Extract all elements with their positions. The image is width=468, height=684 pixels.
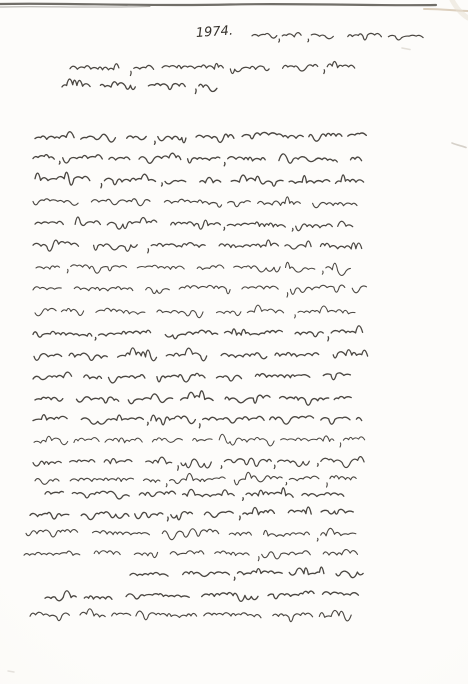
handwritten-line — [35, 472, 356, 489]
handwritten-line — [36, 261, 350, 276]
handwritten-line — [35, 129, 366, 146]
handwritten-line — [30, 609, 351, 622]
handwritten-line — [30, 506, 353, 522]
date-year-text: 1974. — [195, 23, 233, 41]
top-edge-dark-line — [0, 4, 436, 6]
handwritten-line — [33, 195, 357, 209]
paper-smudge-2 — [8, 671, 14, 672]
handwritten-line — [34, 347, 368, 362]
handwritten-line — [252, 32, 423, 43]
handwritten-line — [33, 414, 362, 429]
handwritten-line — [70, 61, 355, 75]
top-right-fold-shadow — [452, 0, 468, 18]
handwriting-layer: 1974. — [0, 0, 468, 684]
handwritten-line — [45, 486, 344, 501]
handwritten-line — [33, 285, 367, 298]
handwritten-line — [35, 172, 364, 191]
handwritten-line — [33, 326, 363, 343]
handwritten-line — [35, 390, 351, 406]
handwritten-line — [45, 588, 359, 604]
handwritten-line — [33, 152, 362, 167]
top-edge-dark-line-2 — [0, 7, 150, 8]
right-edge-mark — [452, 143, 466, 148]
handwritten-line — [24, 549, 358, 561]
handwritten-line — [26, 525, 356, 541]
handwritten-line — [62, 79, 217, 93]
handwritten-line — [130, 567, 363, 582]
paper-smudge-1 — [402, 48, 410, 50]
handwritten-line — [33, 370, 350, 383]
handwritten-line — [33, 456, 364, 471]
handwritten-line — [33, 238, 362, 255]
letter-page: 1974. — [0, 0, 468, 684]
handwritten-line — [35, 305, 355, 318]
handwritten-line — [34, 434, 365, 449]
handwritten-line — [35, 216, 353, 231]
